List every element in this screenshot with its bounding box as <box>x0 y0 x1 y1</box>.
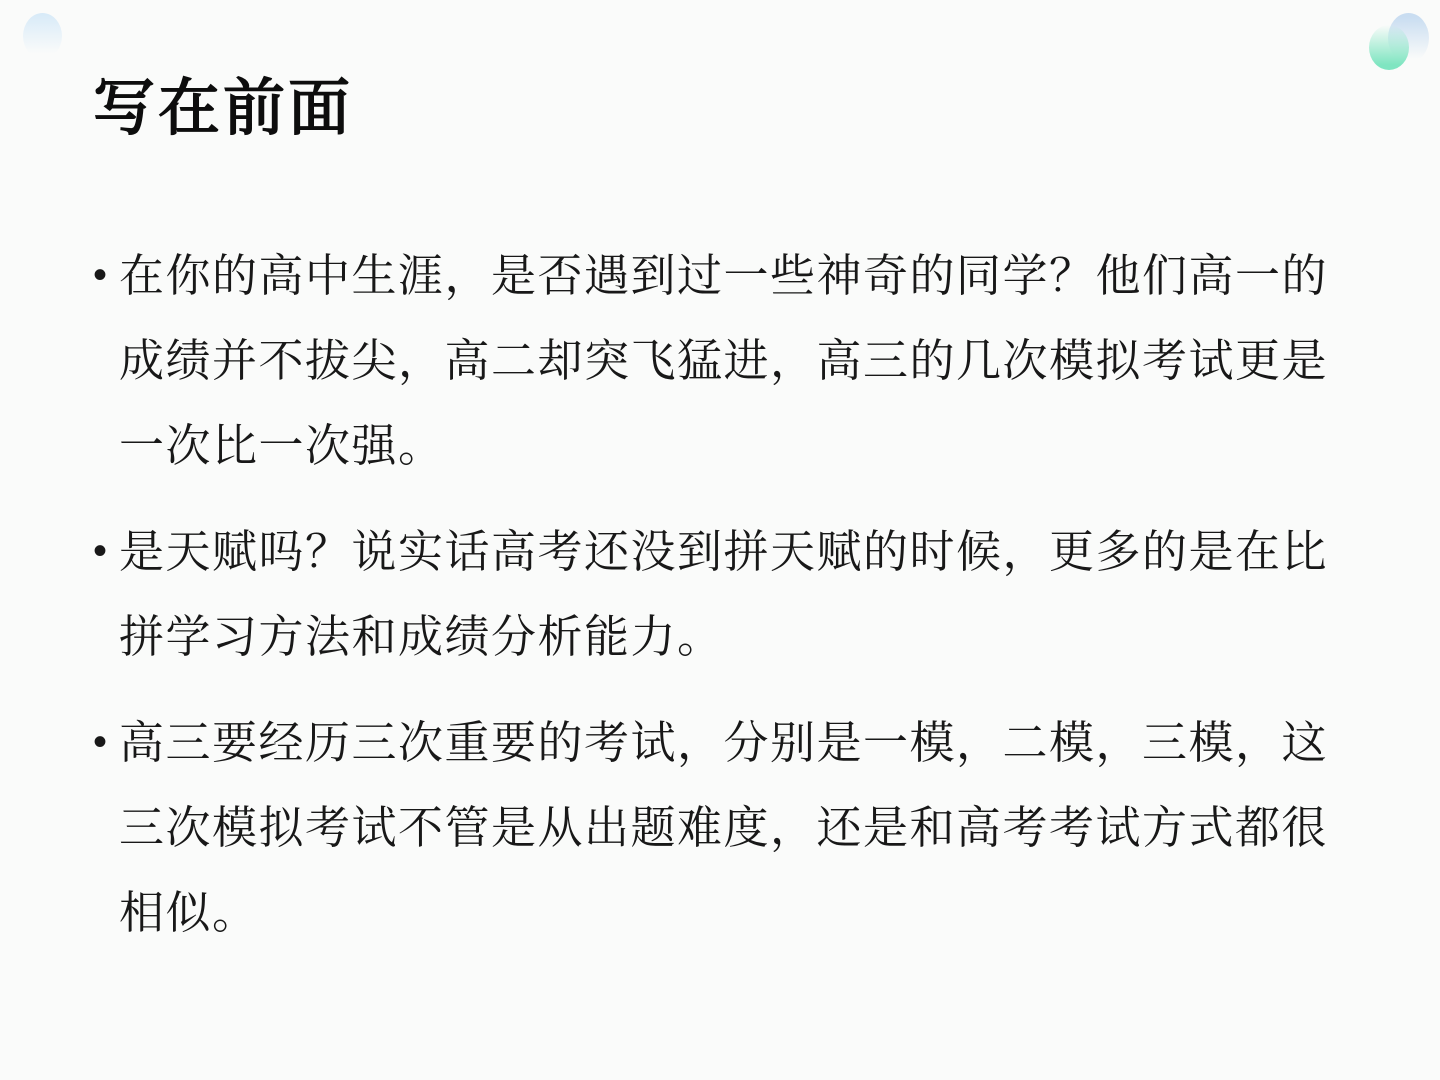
bullet-item-3: • 高三要经历三次重要的考试，分别是一模，二模，三模，这三次模拟考试不管是从出题… <box>93 700 1373 955</box>
bullet-text-2: 是天赋吗？说实话高考还没到拼天赋的时候，更多的是在比拼学习方法和成绩分析能力。 <box>119 509 1373 679</box>
bullet-item-1: • 在你的高中生涯，是否遇到过一些神奇的同学？他们高一的成绩并不拔尖，高二却突飞… <box>93 233 1373 488</box>
bullet-dot: • <box>93 509 119 594</box>
presentation-slide: 写在前面 • 在你的高中生涯，是否遇到过一些神奇的同学？他们高一的成绩并不拔尖，… <box>0 0 1440 1080</box>
decor-circle-top-right-green <box>1369 25 1409 70</box>
bullet-list: • 在你的高中生涯，是否遇到过一些神奇的同学？他们高一的成绩并不拔尖，高二却突飞… <box>93 233 1373 976</box>
slide-title: 写在前面 <box>93 58 353 147</box>
decor-circle-top-right-blue <box>1388 13 1429 63</box>
decor-circle-top-left <box>23 13 62 59</box>
bullet-item-2: • 是天赋吗？说实话高考还没到拼天赋的时候，更多的是在比拼学习方法和成绩分析能力… <box>93 509 1373 679</box>
bullet-text-1: 在你的高中生涯，是否遇到过一些神奇的同学？他们高一的成绩并不拔尖，高二却突飞猛进… <box>119 233 1373 488</box>
bullet-dot: • <box>93 233 119 318</box>
bullet-dot: • <box>93 700 119 785</box>
bullet-text-3: 高三要经历三次重要的考试，分别是一模，二模，三模，这三次模拟考试不管是从出题难度… <box>119 700 1373 955</box>
